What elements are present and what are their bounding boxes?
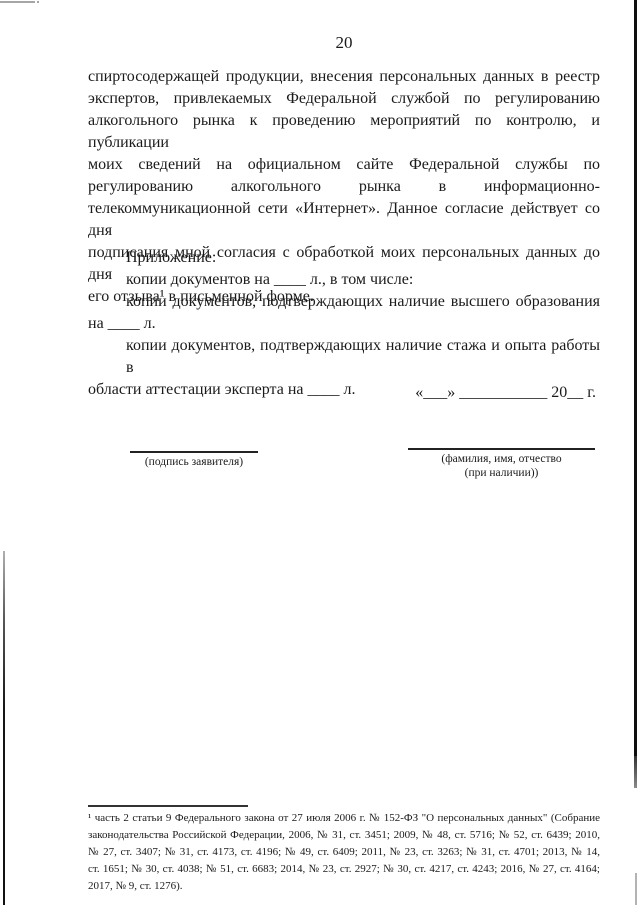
footnote: ¹ часть 2 статьи 9 Федерального закона о… (88, 810, 600, 895)
date-line: «___» ___________ 20__ г. (88, 384, 596, 402)
page-number: 20 (88, 33, 600, 53)
scan-artifact-top-left-line (0, 1, 35, 3)
footnote-line: законодательства Российской Федерации, 2… (88, 827, 600, 844)
scan-artifact-top-left-dot (37, 1, 39, 3)
signature-right-label-line1: (фамилия, имя, отчество (408, 452, 595, 466)
signature-left-line (130, 451, 258, 453)
body-line: алкогольного рынка к проведению мероприя… (88, 110, 600, 154)
appendix-block: Приложение: копии документов на ____ л.,… (88, 247, 600, 401)
appendix-line: копии документов, подтверждающих наличие… (88, 291, 600, 313)
body-line: спиртосодержащей продукции, внесения пер… (88, 66, 600, 88)
signature-right-line (408, 448, 595, 450)
signature-right-label-line2: (при наличии)) (408, 466, 595, 480)
footnote-line: 2017, № 9, ст. 1276). (88, 878, 600, 895)
body-line: моих сведений на официальном сайте Федер… (88, 154, 600, 176)
footnote-line: ст. 1651; № 30, ст. 4038; № 51, ст. 6683… (88, 861, 600, 878)
body-line: телекоммуникационной сети «Интернет». Да… (88, 198, 600, 242)
appendix-line: на ____ л. (88, 313, 600, 335)
signature-right-block: (фамилия, имя, отчество (при наличии)) (408, 448, 595, 480)
footnote-line: № 27, ст. 3407; № 31, ст. 4173, ст. 4196… (88, 844, 600, 861)
scan-artifact-right-border-light (635, 873, 637, 905)
scan-artifact-right-border (634, 0, 637, 756)
body-line: регулированию алкогольного рынка в инфор… (88, 176, 600, 198)
signature-left-block: (подпись заявителя) (130, 451, 258, 469)
appendix-line: копии документов на ____ л., в том числе… (88, 269, 600, 291)
document-page: 20 спиртосодержащей продукции, внесения … (0, 0, 640, 905)
signature-left-label: (подпись заявителя) (130, 455, 258, 469)
footnote-line: ¹ часть 2 статьи 9 Федерального закона о… (88, 810, 600, 827)
footnote-separator (88, 805, 248, 807)
appendix-line: копии документов, подтверждающих наличие… (88, 335, 600, 379)
appendix-heading: Приложение: (88, 247, 600, 269)
scan-artifact-left-border (3, 551, 5, 905)
scan-artifact-right-border-fade (634, 756, 637, 788)
body-line: экспертов, привлекаемых Федеральной служ… (88, 88, 600, 110)
